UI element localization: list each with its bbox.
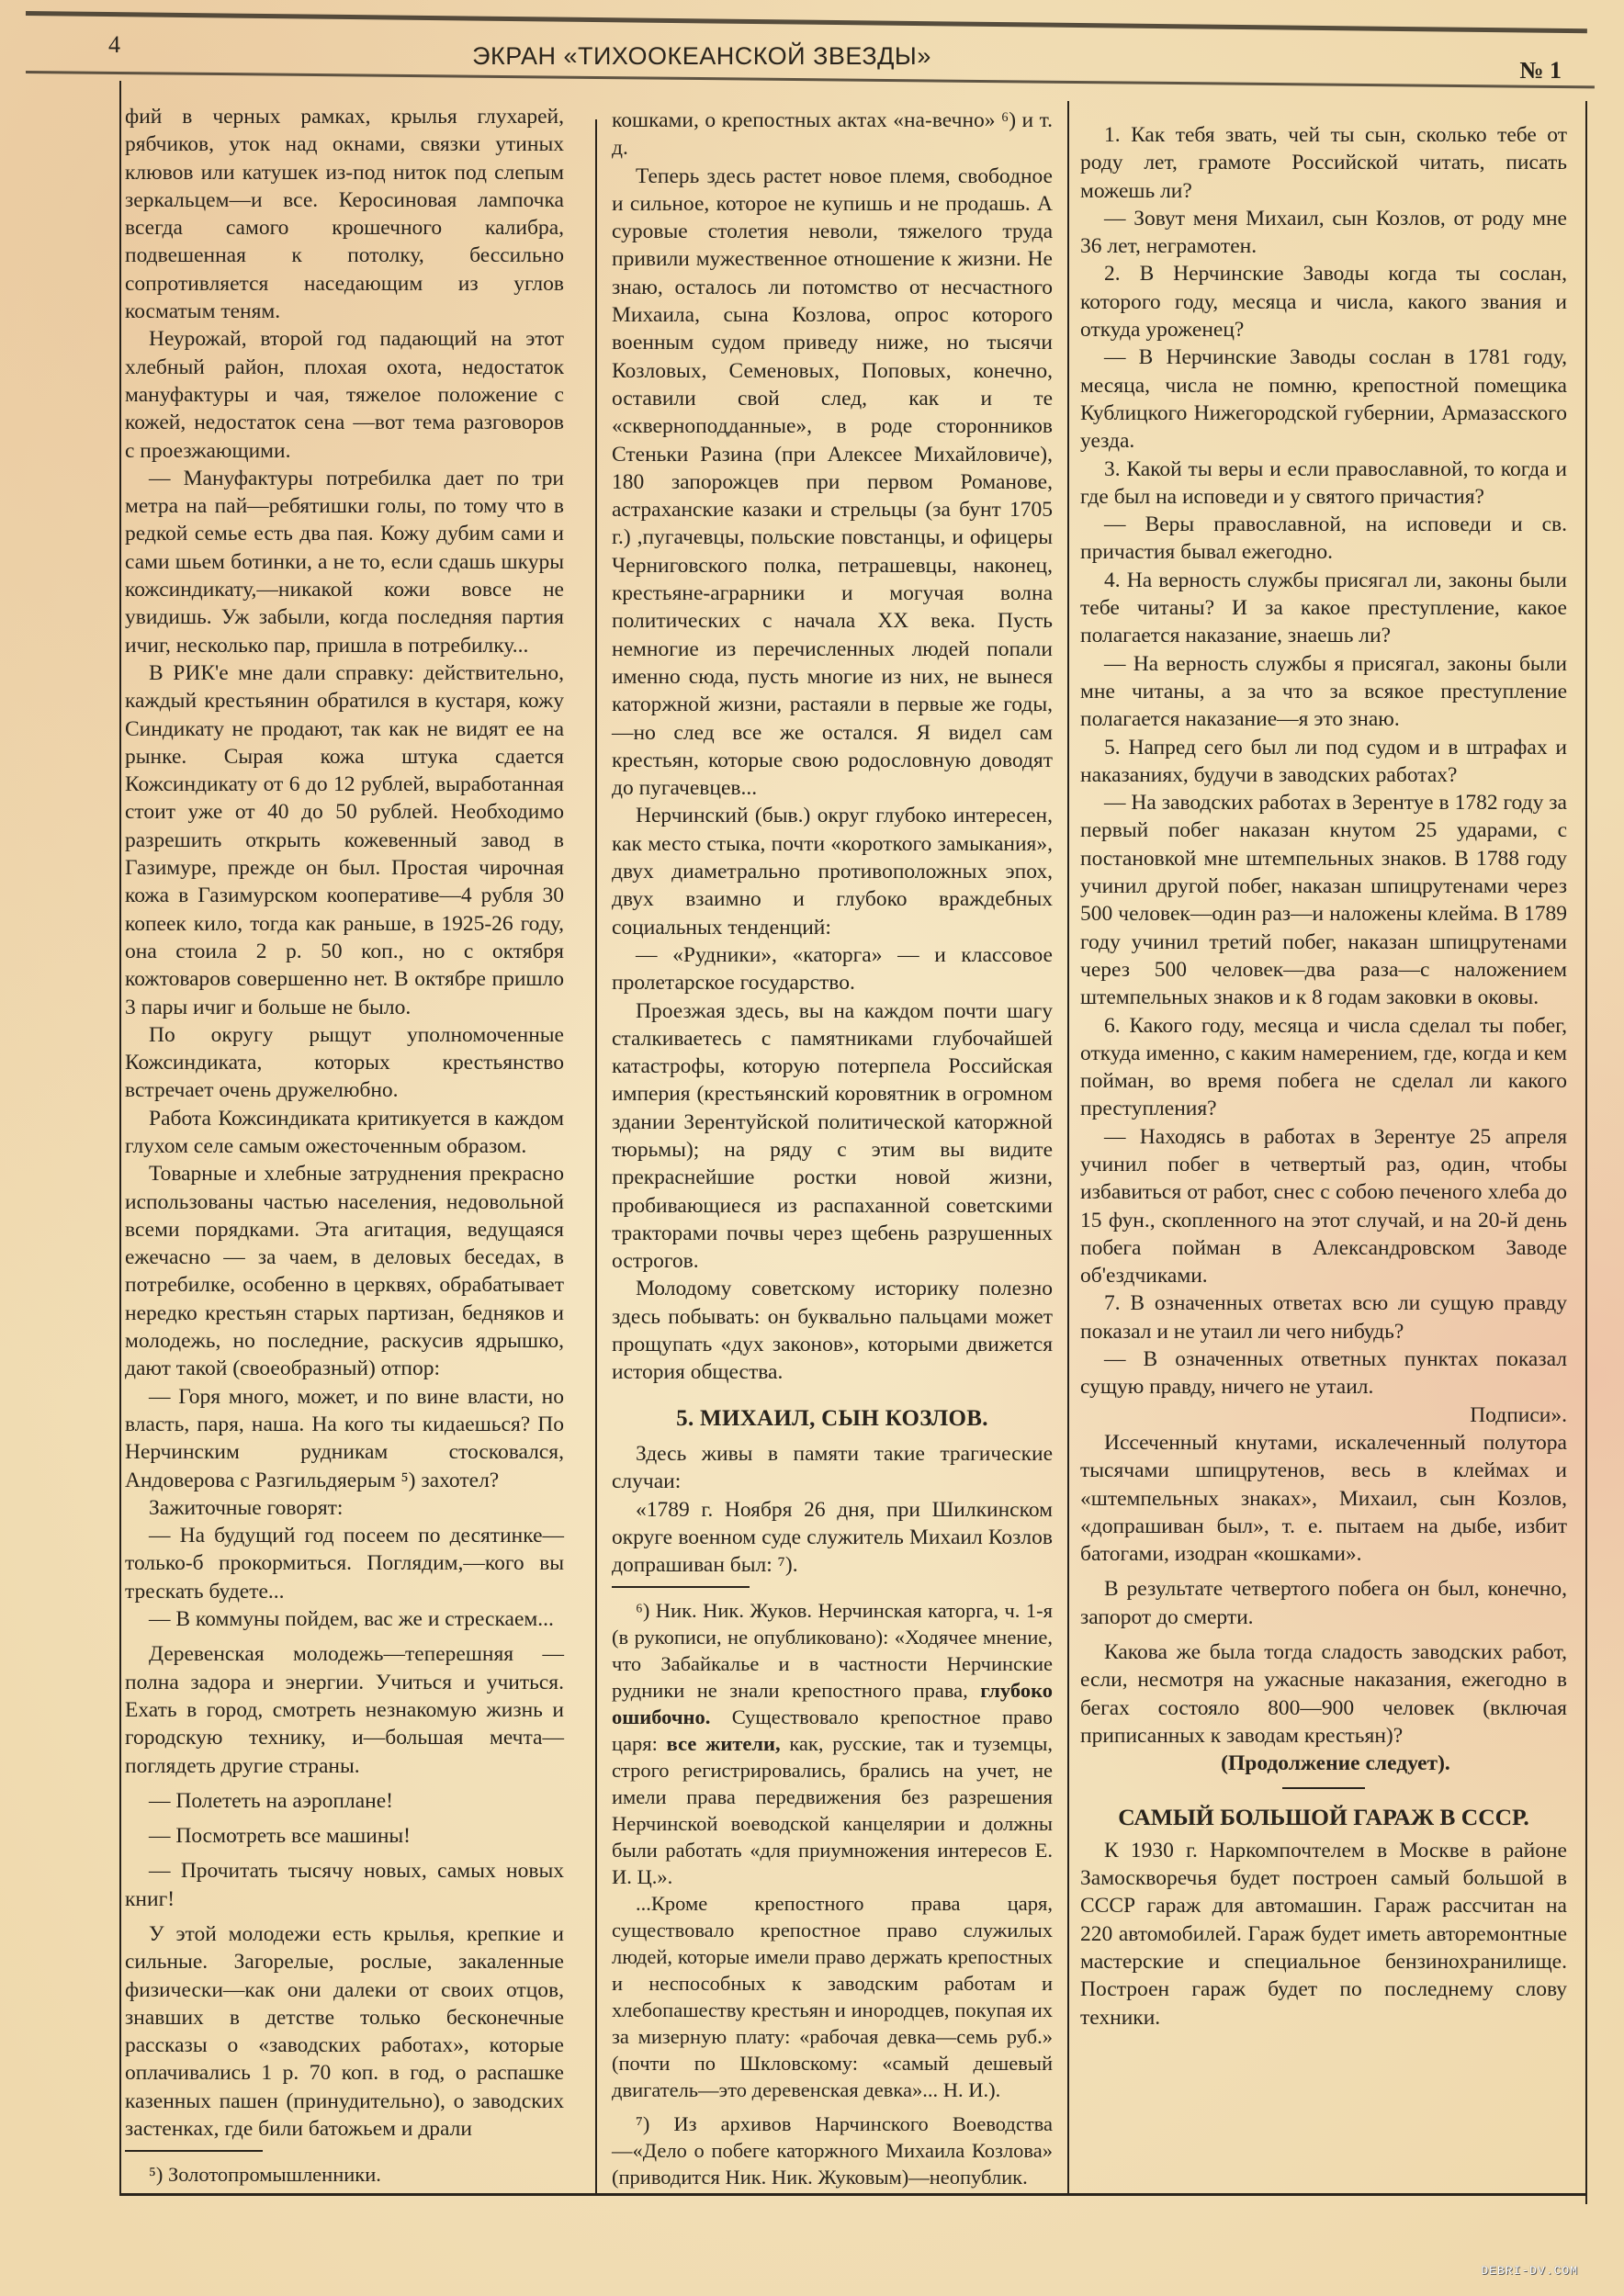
paragraph: Зажиточные говорят: <box>125 1494 564 1522</box>
paragraph: В РИК'е мне дали справку: действительно,… <box>125 659 564 1021</box>
answer-5: — На заводских работах в Зерентуе в 1782… <box>1080 789 1567 1011</box>
footnote-rule <box>125 2150 263 2152</box>
paragraph: «1789 г. Ноября 26 дня, при Шилкинском о… <box>612 1496 1053 1580</box>
footnote-5: ⁵) Золотопромышленники. <box>125 2161 564 2188</box>
paragraph: Работа Кожсиндиката критикуется в каждом… <box>125 1105 564 1161</box>
paragraph: — Горя много, может, и по вине власти, н… <box>125 1383 564 1494</box>
question-3: 3. Какой ты веры и если православной, то… <box>1080 456 1567 512</box>
continuation-note: (Продолжение следует). <box>1080 1750 1567 1777</box>
paragraph: — «Рудники», «каторга» — и классовое про… <box>612 941 1053 997</box>
paragraph: В результате четвертого побега он был, к… <box>1080 1575 1567 1631</box>
paragraph: Нерчинский (быв.) округ глубоко интересе… <box>612 802 1053 940</box>
footnote-rule <box>612 1586 750 1588</box>
answer-6: — Находясь в работах в Зерентуе 25 апрел… <box>1080 1123 1567 1290</box>
paragraph: — Прочитать тысячу новых, самых новых кн… <box>125 1857 564 1913</box>
newspaper-page: 4 ЭКРАН «ТИХООКЕАНСКОЙ ЗВЕЗДЫ» № 1 фий в… <box>0 0 1624 2296</box>
question-2: 2. В Нерчинские Заводы когда ты сослан, … <box>1080 260 1567 343</box>
footnote-6-continued: ...Кроме крепостного права царя, существ… <box>612 1890 1053 2103</box>
column-divider <box>595 119 597 2195</box>
column-divider <box>1067 101 1069 2195</box>
paragraph: Товарные и хлебные затруднения прекрасно… <box>125 1160 564 1382</box>
paragraph: — На будущий год посеем по десятинке—тол… <box>125 1522 564 1605</box>
section-divider <box>1282 1787 1365 1789</box>
header-rule <box>26 71 1595 88</box>
paragraph: Какова же была тогда сладость заводских … <box>1080 1638 1567 1750</box>
paragraph: По округу рыщут уполномоченные Кожсиндик… <box>125 1021 564 1105</box>
paragraph: — Мануфактуры потребилка дает по три мет… <box>125 465 564 659</box>
column-1: фий в черных рамках, крылья глухарей, ря… <box>125 103 564 2188</box>
paragraph: Иссеченный кнутами, искалеченный полутор… <box>1080 1429 1567 1568</box>
question-7: 7. В означенных ответах всю ли сущую пра… <box>1080 1289 1567 1345</box>
paragraph: У этой молодежи есть крылья, крепкие и с… <box>125 1920 564 2143</box>
answer-4: — На верность службы я присягал, законы … <box>1080 650 1567 734</box>
answer-2: — В Нерчинские Заводы сослан в 1781 году… <box>1080 343 1567 455</box>
footnote-6: ⁶) Ник. Ник. Жуков. Нерчинская каторга, … <box>612 1597 1053 1890</box>
masthead: ЭКРАН «ТИХООКЕАНСКОЙ ЗВЕЗДЫ» <box>0 42 1514 71</box>
garage-article-text: К 1930 г. Наркомпочтелем в Москве в райо… <box>1080 1837 1567 2032</box>
paragraph: Неурожай, второй год падающий на этот хл… <box>125 325 564 464</box>
paragraph: Теперь здесь растет новое племя, свободн… <box>612 163 1053 803</box>
garage-article-title: САМЫЙ БОЛЬШОЙ ГАРАЖ В СССР. <box>1080 1804 1567 1831</box>
watermark: DEBRI-DV.COM <box>1481 2264 1578 2278</box>
answer-3: — Веры православной, на исповеди и св. п… <box>1080 511 1567 567</box>
paragraph: Проезжая здесь, вы на каждом почти шагу … <box>612 997 1053 1276</box>
paragraph: — Полететь на аэроплане! <box>125 1787 564 1815</box>
paragraph: — В коммуны пойдем, вас же и стрескаем..… <box>125 1605 564 1633</box>
paragraph: Здесь живы в памяти такие трагические сл… <box>612 1440 1053 1496</box>
question-6: 6. Какого году, месяца и числа сделал ты… <box>1080 1012 1567 1123</box>
paragraph: кошками, о крепостных актах «на-вечно» ⁶… <box>612 107 1053 163</box>
question-5: 5. Напред сего был ли под судом и в штра… <box>1080 734 1567 790</box>
answer-7: — В означенных ответных пунктах показал … <box>1080 1345 1567 1401</box>
paragraph: Деревенская молодежь—теперешняя —полна з… <box>125 1640 564 1779</box>
issue-number: № 1 <box>1519 57 1562 84</box>
frame-right-border <box>1585 101 1587 2204</box>
frame-left-border <box>119 81 121 2193</box>
answer-1: — Зовут меня Михаил, сын Козлов, от роду… <box>1080 205 1567 261</box>
question-4: 4. На верность службы присягал ли, закон… <box>1080 567 1567 650</box>
section-title: 5. МИХАИЛ, СЫН КОЗЛОВ. <box>612 1405 1053 1433</box>
frame-bottom-border <box>119 2193 1587 2196</box>
paragraph: фий в черных рамках, крылья глухарей, ря… <box>125 103 564 325</box>
paragraph: Молодому советскому историку полезно зде… <box>612 1275 1053 1386</box>
question-1: 1. Как тебя звать, чей ты сын, сколько т… <box>1080 121 1567 205</box>
footnote-7: ⁷) Из архивов Нарчинского Воеводства—«Де… <box>612 2110 1053 2190</box>
column-3: 1. Как тебя звать, чей ты сын, сколько т… <box>1080 121 1567 2032</box>
top-rule <box>26 11 1587 33</box>
signature: Подписи». <box>1080 1401 1567 1429</box>
column-2: кошками, о крепостных актах «на-вечно» ⁶… <box>612 107 1053 2190</box>
paragraph: — Посмотреть все машины! <box>125 1822 564 1850</box>
